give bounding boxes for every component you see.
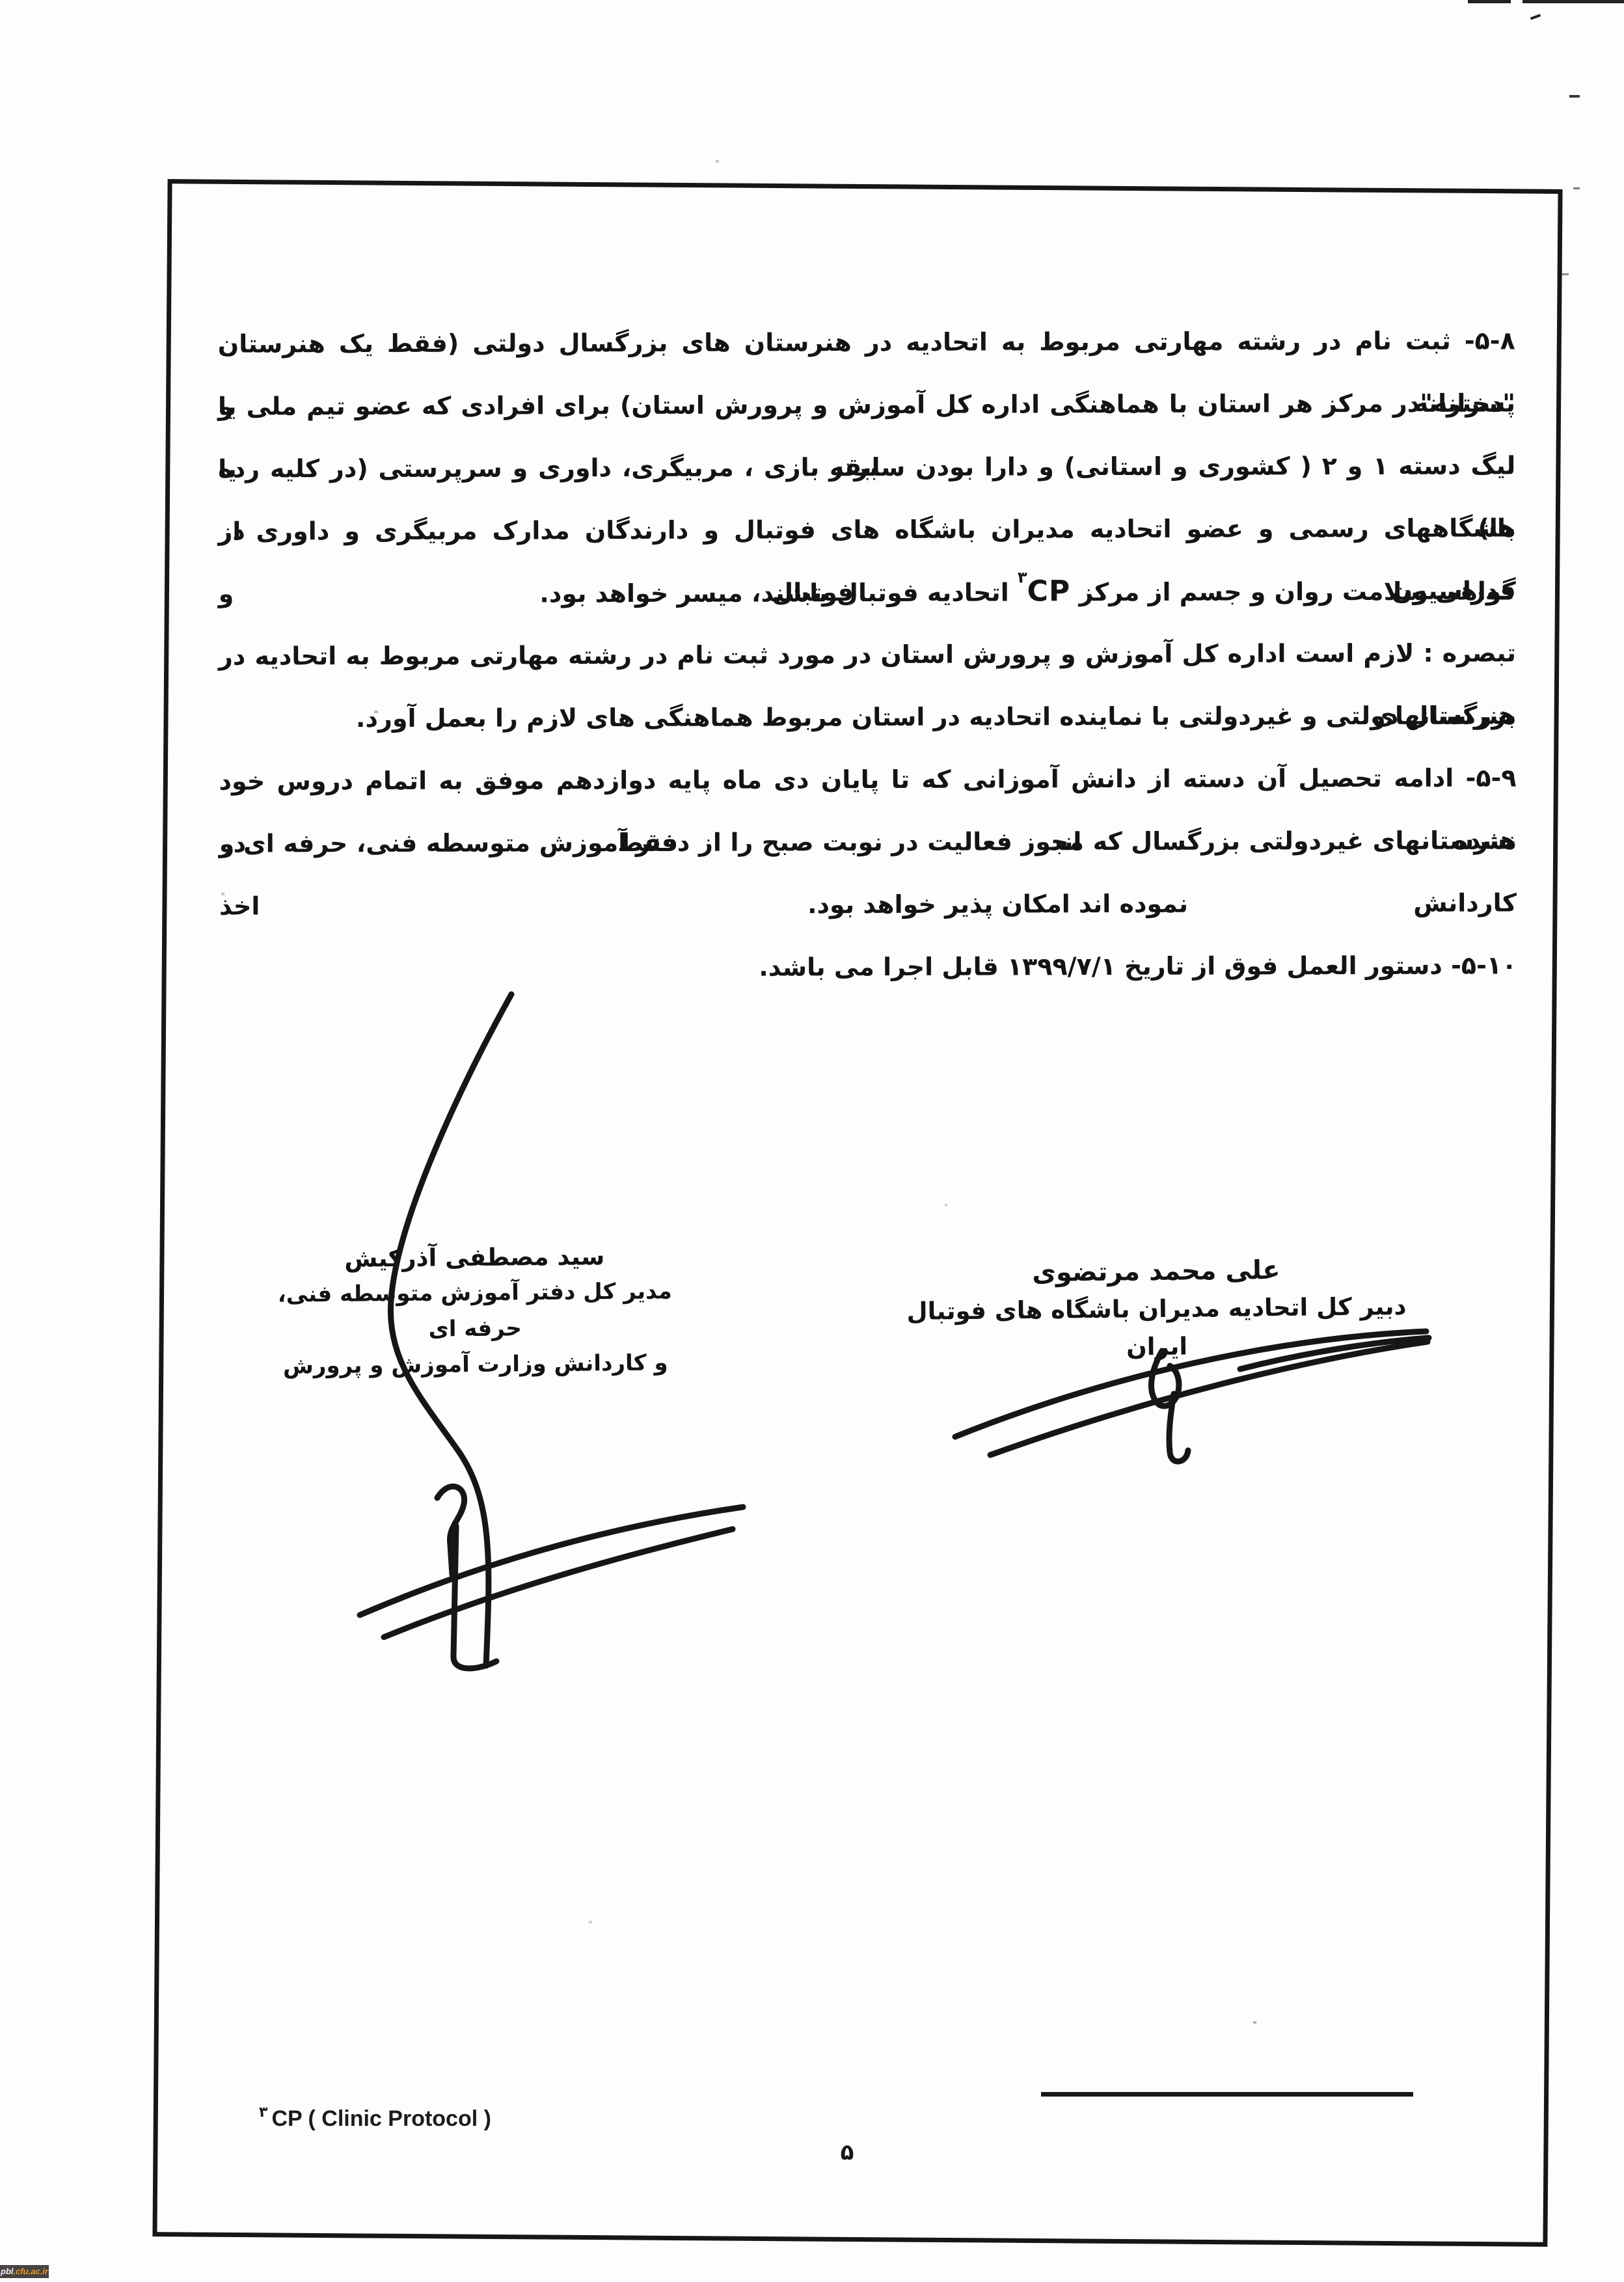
footnote-ref-marker: ۳ <box>1018 568 1027 586</box>
body-line-9: هنرستانهای غیردولتی بزرگسال که مجوز فعال… <box>219 809 1517 875</box>
scan-speck <box>945 1204 947 1206</box>
body-line-7: بزرگسال دولتی و غیردولتی با نماینده اتحا… <box>219 684 1516 750</box>
scan-speck <box>589 1921 592 1923</box>
footnote-text: CP ( Clinic Protocol ) <box>271 2106 491 2131</box>
signatory-title-right: دبیر کل اتحادیه مدیران باشگاه های فوتبال… <box>891 1288 1422 1369</box>
footnote: ۳CP ( Clinic Protocol ) <box>259 2104 491 2132</box>
body-line-6: تبصره : لازم است اداره کل آموزش و پرورش … <box>219 621 1516 687</box>
watermark-suffix: .cfu.ac.ir <box>14 2265 48 2278</box>
body-line-4: باشگاههای رسمی و عضو اتحادیه مدیران باشگ… <box>218 496 1515 562</box>
body-line-3: لیگ دسته ۱ و ۲ ( کشوری و استانی) و دارا … <box>218 434 1515 500</box>
scan-speck <box>1562 273 1569 275</box>
footnote-marker: ۳ <box>259 2104 267 2121</box>
body-line-2: پسرانه"در مرکز هر استان با هماهنگی اداره… <box>218 372 1515 437</box>
body-line-5-text: گواهی سلامت روان و جسم از مرکز <box>1070 577 1516 606</box>
scan-speck <box>221 893 224 895</box>
watermark-prefix: pbl <box>1 2265 14 2278</box>
signatory-title-left-2: و کاردانش وزارت آموزش و پرورش <box>277 1345 673 1384</box>
body-line-1: ۵-۸- ثبت نام در رشته مهارتی مربوط به اتح… <box>218 309 1515 375</box>
scan-speck <box>716 160 719 163</box>
scan-speck <box>1253 2021 1256 2024</box>
document-body: ۵-۸- ثبت نام در رشته مهارتی مربوط به اتح… <box>218 309 1517 999</box>
scan-speck <box>374 711 378 713</box>
scanned-document-page: ۵-۸- ثبت نام در رشته مهارتی مربوط به اتح… <box>0 0 1624 2282</box>
scan-speck <box>1569 95 1580 98</box>
cp-abbreviation: CP <box>1027 575 1071 608</box>
body-line-5-rest: اتحادیه فوتبال باشند، میسر خواهد بود. <box>539 578 1018 608</box>
scan-speck <box>1522 0 1624 3</box>
body-line-8: ۵-۹- ادامه تحصیل آن دسته از دانش آموزانی… <box>219 746 1516 812</box>
bottom-signature-rule <box>1041 2092 1413 2097</box>
signatory-name-left: سید مصطفی آذرکیش <box>276 1238 673 1277</box>
scan-speck <box>1468 0 1511 3</box>
signatory-name-right: علی محمد مرتضوی <box>891 1250 1422 1294</box>
signature-block-right: علی محمد مرتضوی دبیر کل اتحادیه مدیران ب… <box>891 1250 1422 1369</box>
body-line-11: ۵-۱۰- دستور العمل فوق از تاریخ ۱۳۹۹/۷/۱ … <box>219 934 1517 999</box>
signatory-title-left-1: مدیر کل دفتر آموزش متوسطه فنی، حرفه ای <box>277 1273 674 1348</box>
scan-speck <box>1573 187 1580 189</box>
signature-block-left: سید مصطفی آذرکیش مدیر کل دفتر آموزش متوس… <box>276 1238 674 1384</box>
site-watermark: pbl.cfu.ac.ir <box>0 2265 49 2278</box>
scan-speck <box>1530 14 1541 20</box>
page-number: ۵ <box>821 2139 873 2166</box>
